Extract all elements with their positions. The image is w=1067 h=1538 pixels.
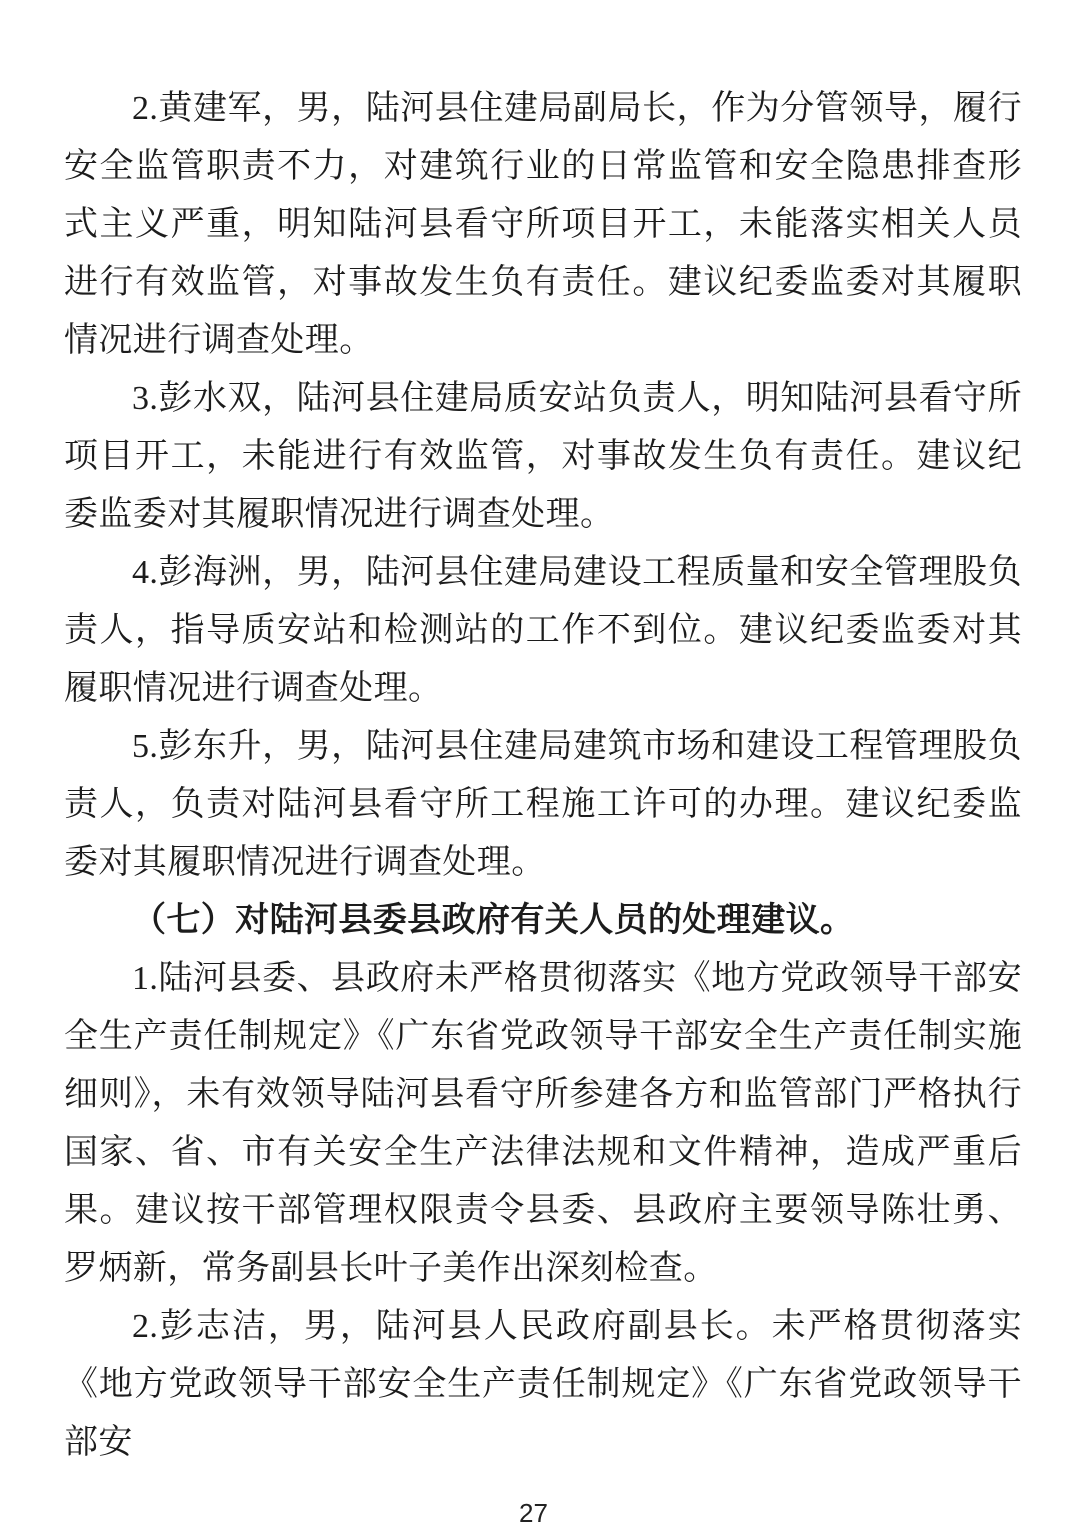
paragraph-peng-zhijie: 2.彭志洁，男，陆河县人民政府副县长。未严格贯彻落实《地方党政领导干部安全生产责…: [64, 1298, 1022, 1472]
page-number: 27: [0, 1500, 1067, 1526]
paragraph-peng-haizhou: 4.彭海洲，男，陆河县住建局建设工程质量和安全管理股负责人，指导质安站和检测站的…: [64, 544, 1022, 718]
paragraph-county-committee: 1.陆河县委、县政府未严格贯彻落实《地方党政领导干部安全生产责任制规定》《广东省…: [64, 950, 1022, 1298]
paragraph-peng-shuishuang: 3.彭水双，陆河县住建局质安站负责人，明知陆河县看守所项目开工，未能进行有效监管…: [64, 370, 1022, 544]
section-heading-seven: （七）对陆河县委县政府有关人员的处理建议。: [64, 892, 1022, 950]
paragraph-peng-dongsheng: 5.彭东升，男，陆河县住建局建筑市场和建设工程管理股负责人，负责对陆河县看守所工…: [64, 718, 1022, 892]
document-body: 2.黄建军，男，陆河县住建局副局长，作为分管领导，履行安全监管职责不力，对建筑行…: [64, 80, 1022, 1472]
document-page: 2.黄建军，男，陆河县住建局副局长，作为分管领导，履行安全监管职责不力，对建筑行…: [0, 0, 1067, 1538]
paragraph-huang-jianjun: 2.黄建军，男，陆河县住建局副局长，作为分管领导，履行安全监管职责不力，对建筑行…: [64, 80, 1022, 370]
